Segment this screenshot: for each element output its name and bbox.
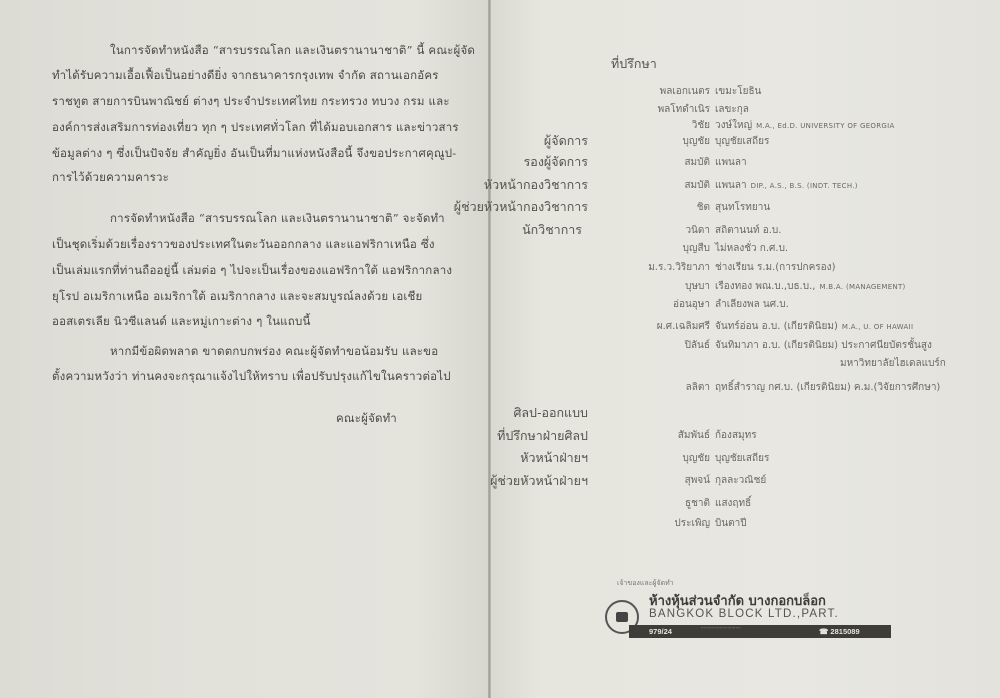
- section-title-advisors: ที่ปรึกษา: [611, 54, 657, 74]
- role-art-advisor: ที่ปรึกษาฝ่ายศิลป: [497, 426, 588, 446]
- role-academics: นักวิชาการ: [522, 220, 582, 240]
- person-last-name: แพนลา: [715, 155, 747, 170]
- person-first-name: ลลิตา: [686, 380, 710, 395]
- person-last-name: บุญชัยเสถียร: [715, 134, 769, 149]
- person-last-name: เรืองทอง พณ.บ.,บธ.บ.,M.B.A. (MANAGEMENT): [715, 279, 906, 294]
- printer-caption: เจ้าของและผู้จัดทำ: [617, 578, 674, 589]
- person-first-name: สมบัติ: [684, 155, 710, 170]
- person-last-name: ช่างเรียน ร.ม.(การปกครอง): [715, 260, 835, 275]
- role-manager: ผู้จัดการ: [544, 131, 588, 151]
- person-last-name: แพนลาDIP., A.S., B.S. (INDT. TECH.): [715, 178, 858, 193]
- person-last-name: ก้องสมุทร: [715, 428, 757, 443]
- person-last-name: จันทิมาภา อ.บ. (เกียรตินิยม) ประกาศนียบั…: [715, 338, 932, 353]
- person-first-name: ปิลันธ์: [685, 338, 710, 353]
- printer-name-english: BANGKOK BLOCK LTD.,PART.: [649, 608, 839, 620]
- person-first-name: พลเอกเนตร: [660, 84, 710, 99]
- person-last-name: สุนทโรทยาน: [715, 200, 770, 215]
- person-first-name: สัมพันธ์: [678, 428, 710, 443]
- person-first-name: ประเพิญ: [674, 516, 710, 531]
- person-last-name: กุลละวณิชย์: [715, 473, 766, 488]
- person-first-name: พลโทดำเนิร: [658, 102, 710, 117]
- person-last-name: เขมะโยธิน: [715, 84, 761, 99]
- role-head-dept: หัวหน้าฝ่ายฯ: [520, 448, 588, 468]
- person-first-name: บุญชัย: [682, 134, 710, 149]
- printer-address-number: 979/24: [649, 625, 672, 638]
- person-first-name: วิชัย: [692, 118, 710, 133]
- person-first-name: ม.ร.ว.วิริยาภา: [648, 260, 710, 275]
- person-first-name: สุพจน์: [685, 473, 710, 488]
- person-first-name: วนิดา: [685, 223, 710, 238]
- section-title-art-design: ศิลป-ออกแบบ: [513, 403, 588, 423]
- person-last-name: บุญชัยเสถียร: [715, 451, 769, 466]
- person-last-name: ไม่หลงชั่ว ก.ศ.บ.: [715, 241, 788, 256]
- person-last-name: ฤทธิ์สำราญ กศ.บ. (เกียรตินิยม) ค.ม.(วิจั…: [715, 380, 940, 395]
- person-first-name: ชิต: [697, 200, 710, 215]
- role-deputy-manager: รองผู้จัดการ: [524, 152, 588, 172]
- printer-phone: ☎ 2815089: [819, 625, 860, 638]
- person-first-name: ผ.ศ.เฉลิมศรี: [657, 319, 710, 334]
- person-last-name: ลำเลียงพล นศ.บ.: [715, 297, 789, 312]
- role-asst-head-dept: ผู้ช่วยหัวหน้าฝ่ายฯ: [490, 471, 588, 491]
- person-first-name: ธูชาติ: [685, 496, 710, 511]
- credits: ที่ปรึกษา พลเอกเนตร เขมะโยธิน พลโทดำเนิร…: [0, 0, 1000, 698]
- person-last-name: จันทร์อ่อน อ.บ. (เกียรตินิยม)M.A., U. OF…: [715, 319, 913, 334]
- role-asst-head-academic: ผู้ช่วยหัวหน้ากองวิชาการ: [454, 197, 588, 217]
- person-last-name: เลขะกุล: [715, 102, 749, 117]
- printer-address-bar: 979/24 ······························ ☎ …: [629, 625, 891, 638]
- person-last-name: แสงฤทธิ์: [715, 496, 751, 511]
- person-first-name: สมบัติ: [684, 178, 710, 193]
- printer-imprint: เจ้าของและผู้จัดทำ ห้างหุ้นส่วนจำกัด บาง…: [605, 578, 890, 646]
- person-first-name: บุญสืบ: [683, 241, 710, 256]
- person-credential-continued: มหาวิทยาลัยไฮเดลแบร์ก: [840, 356, 946, 371]
- book-spread: ในการจัดทำหนังสือ “สารบรรณโลก และเงินตรา…: [0, 0, 1000, 698]
- person-last-name: บินตาปี: [715, 516, 747, 531]
- role-head-academic: หัวหน้ากองวิชาการ: [484, 175, 588, 195]
- person-first-name: บุษบา: [685, 279, 710, 294]
- person-first-name: บุญชัย: [682, 451, 710, 466]
- person-last-name: วงษ์ใหญ่M.A., Ed.D. UNIVERSITY OF GEORGI…: [715, 118, 895, 133]
- person-last-name: สถิตานนท์ อ.บ.: [715, 223, 781, 238]
- person-first-name: อ่อนอุษา: [673, 297, 710, 312]
